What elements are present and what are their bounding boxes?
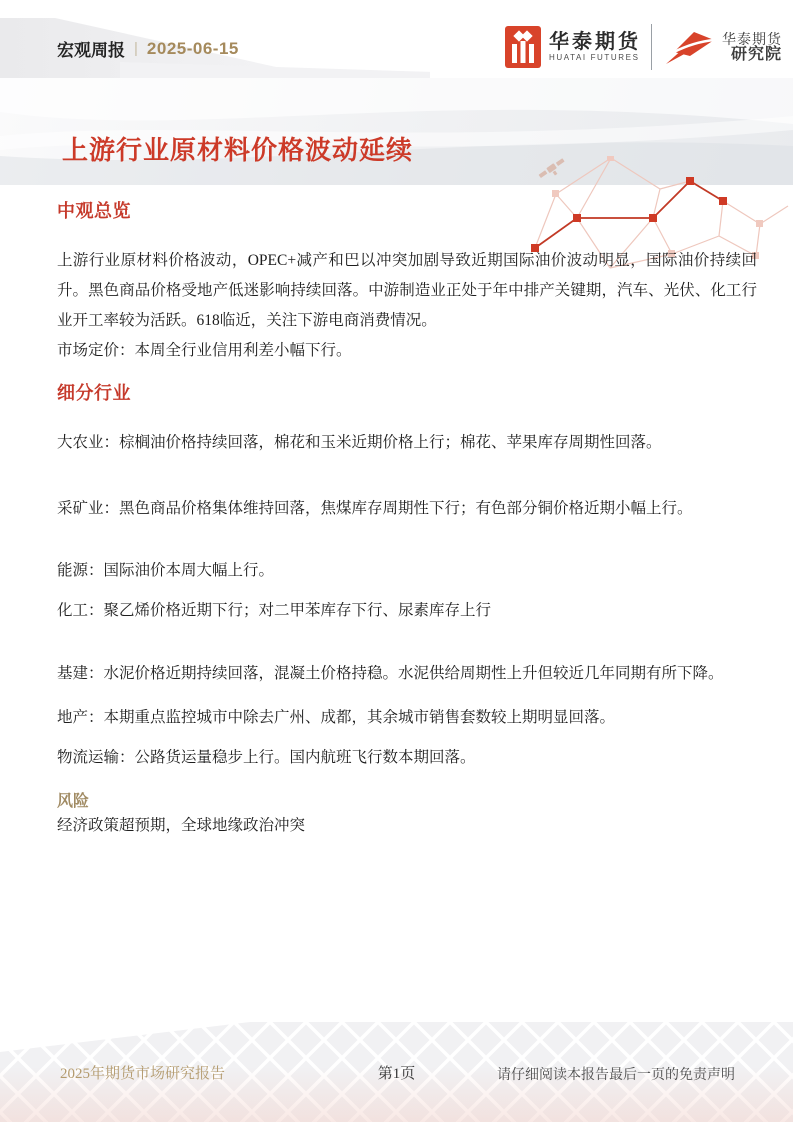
- para-chemical: 化工：聚乙烯价格近期下行；对二甲苯库存下行、尿素库存上行: [57, 598, 757, 620]
- report-type-label: 宏观周报: [57, 36, 125, 61]
- para-market-pricing: 市场定价：本周全行业信用利差小幅下行。: [57, 338, 757, 360]
- huatai-futures-logo-icon: [505, 24, 541, 70]
- para-risk: 经济政策超预期，全球地缘政治冲突: [57, 813, 757, 835]
- footer-disclaimer: 请仔细阅读本报告最后一页的免责声明: [497, 1064, 735, 1084]
- logo-group: 华泰期货 HUATAI FUTURES 华泰期货 研究院: [505, 24, 782, 70]
- huatai-futures-logo: 华泰期货 HUATAI FUTURES: [505, 24, 641, 70]
- para-logistics: 物流运输：公路货运量稳步上行。国内航班飞行数本期回落。: [57, 745, 757, 767]
- para-energy: 能源：国际油价本周大幅上行。: [57, 558, 757, 580]
- para-infrastructure: 基建：水泥价格近期持续回落，混凝土价格持稳。水泥供给周期性上升但较近几年同期有所…: [57, 661, 757, 683]
- para-overview: 上游行业原材料价格波动，OPEC+减产和巴以冲突加剧导致近期国际油价波动明显，国…: [57, 246, 757, 336]
- research-institute-logo: 华泰期货 研究院: [664, 24, 782, 70]
- section-heading-overview: 中观总览: [57, 197, 131, 223]
- research-institute-text: 华泰期货 研究院: [722, 31, 782, 63]
- institute-line1: 华泰期货: [722, 31, 782, 47]
- company-name-en: HUATAI FUTURES: [549, 53, 641, 63]
- section-heading-subsectors: 细分行业: [57, 379, 131, 405]
- para-mining: 采矿业：黑色商品价格集体维持回落，焦煤库存周期性下行；有色部分铜价格近期小幅上行…: [57, 496, 757, 518]
- page-title: 上游行业原材料价格波动延续: [62, 130, 413, 167]
- logo-divider: [651, 24, 652, 70]
- report-page: 宏观周报 | 2025-06-15 华泰期货 HUATAI FUTURES: [0, 0, 793, 1122]
- header-title-block: 宏观周报 | 2025-06-15: [57, 36, 239, 61]
- para-agriculture: 大农业：棕榈油价格持续回落，棉花和玉米近期价格上行；棉花、苹果库存周期性回落。: [57, 430, 757, 452]
- header-separator: |: [134, 40, 138, 57]
- huatai-futures-logo-text: 华泰期货 HUATAI FUTURES: [549, 31, 641, 63]
- satellite-icon: [538, 157, 568, 183]
- company-name-cn: 华泰期货: [549, 31, 641, 53]
- report-date: 2025-06-15: [147, 39, 239, 59]
- institute-line2: 研究院: [722, 47, 782, 63]
- research-institute-logo-icon: [664, 24, 716, 70]
- para-real-estate: 地产：本期重点监控城市中除去广州、成都，其余城市销售套数较上期明显回落。: [57, 705, 757, 727]
- section-heading-risk: 风险: [57, 788, 89, 811]
